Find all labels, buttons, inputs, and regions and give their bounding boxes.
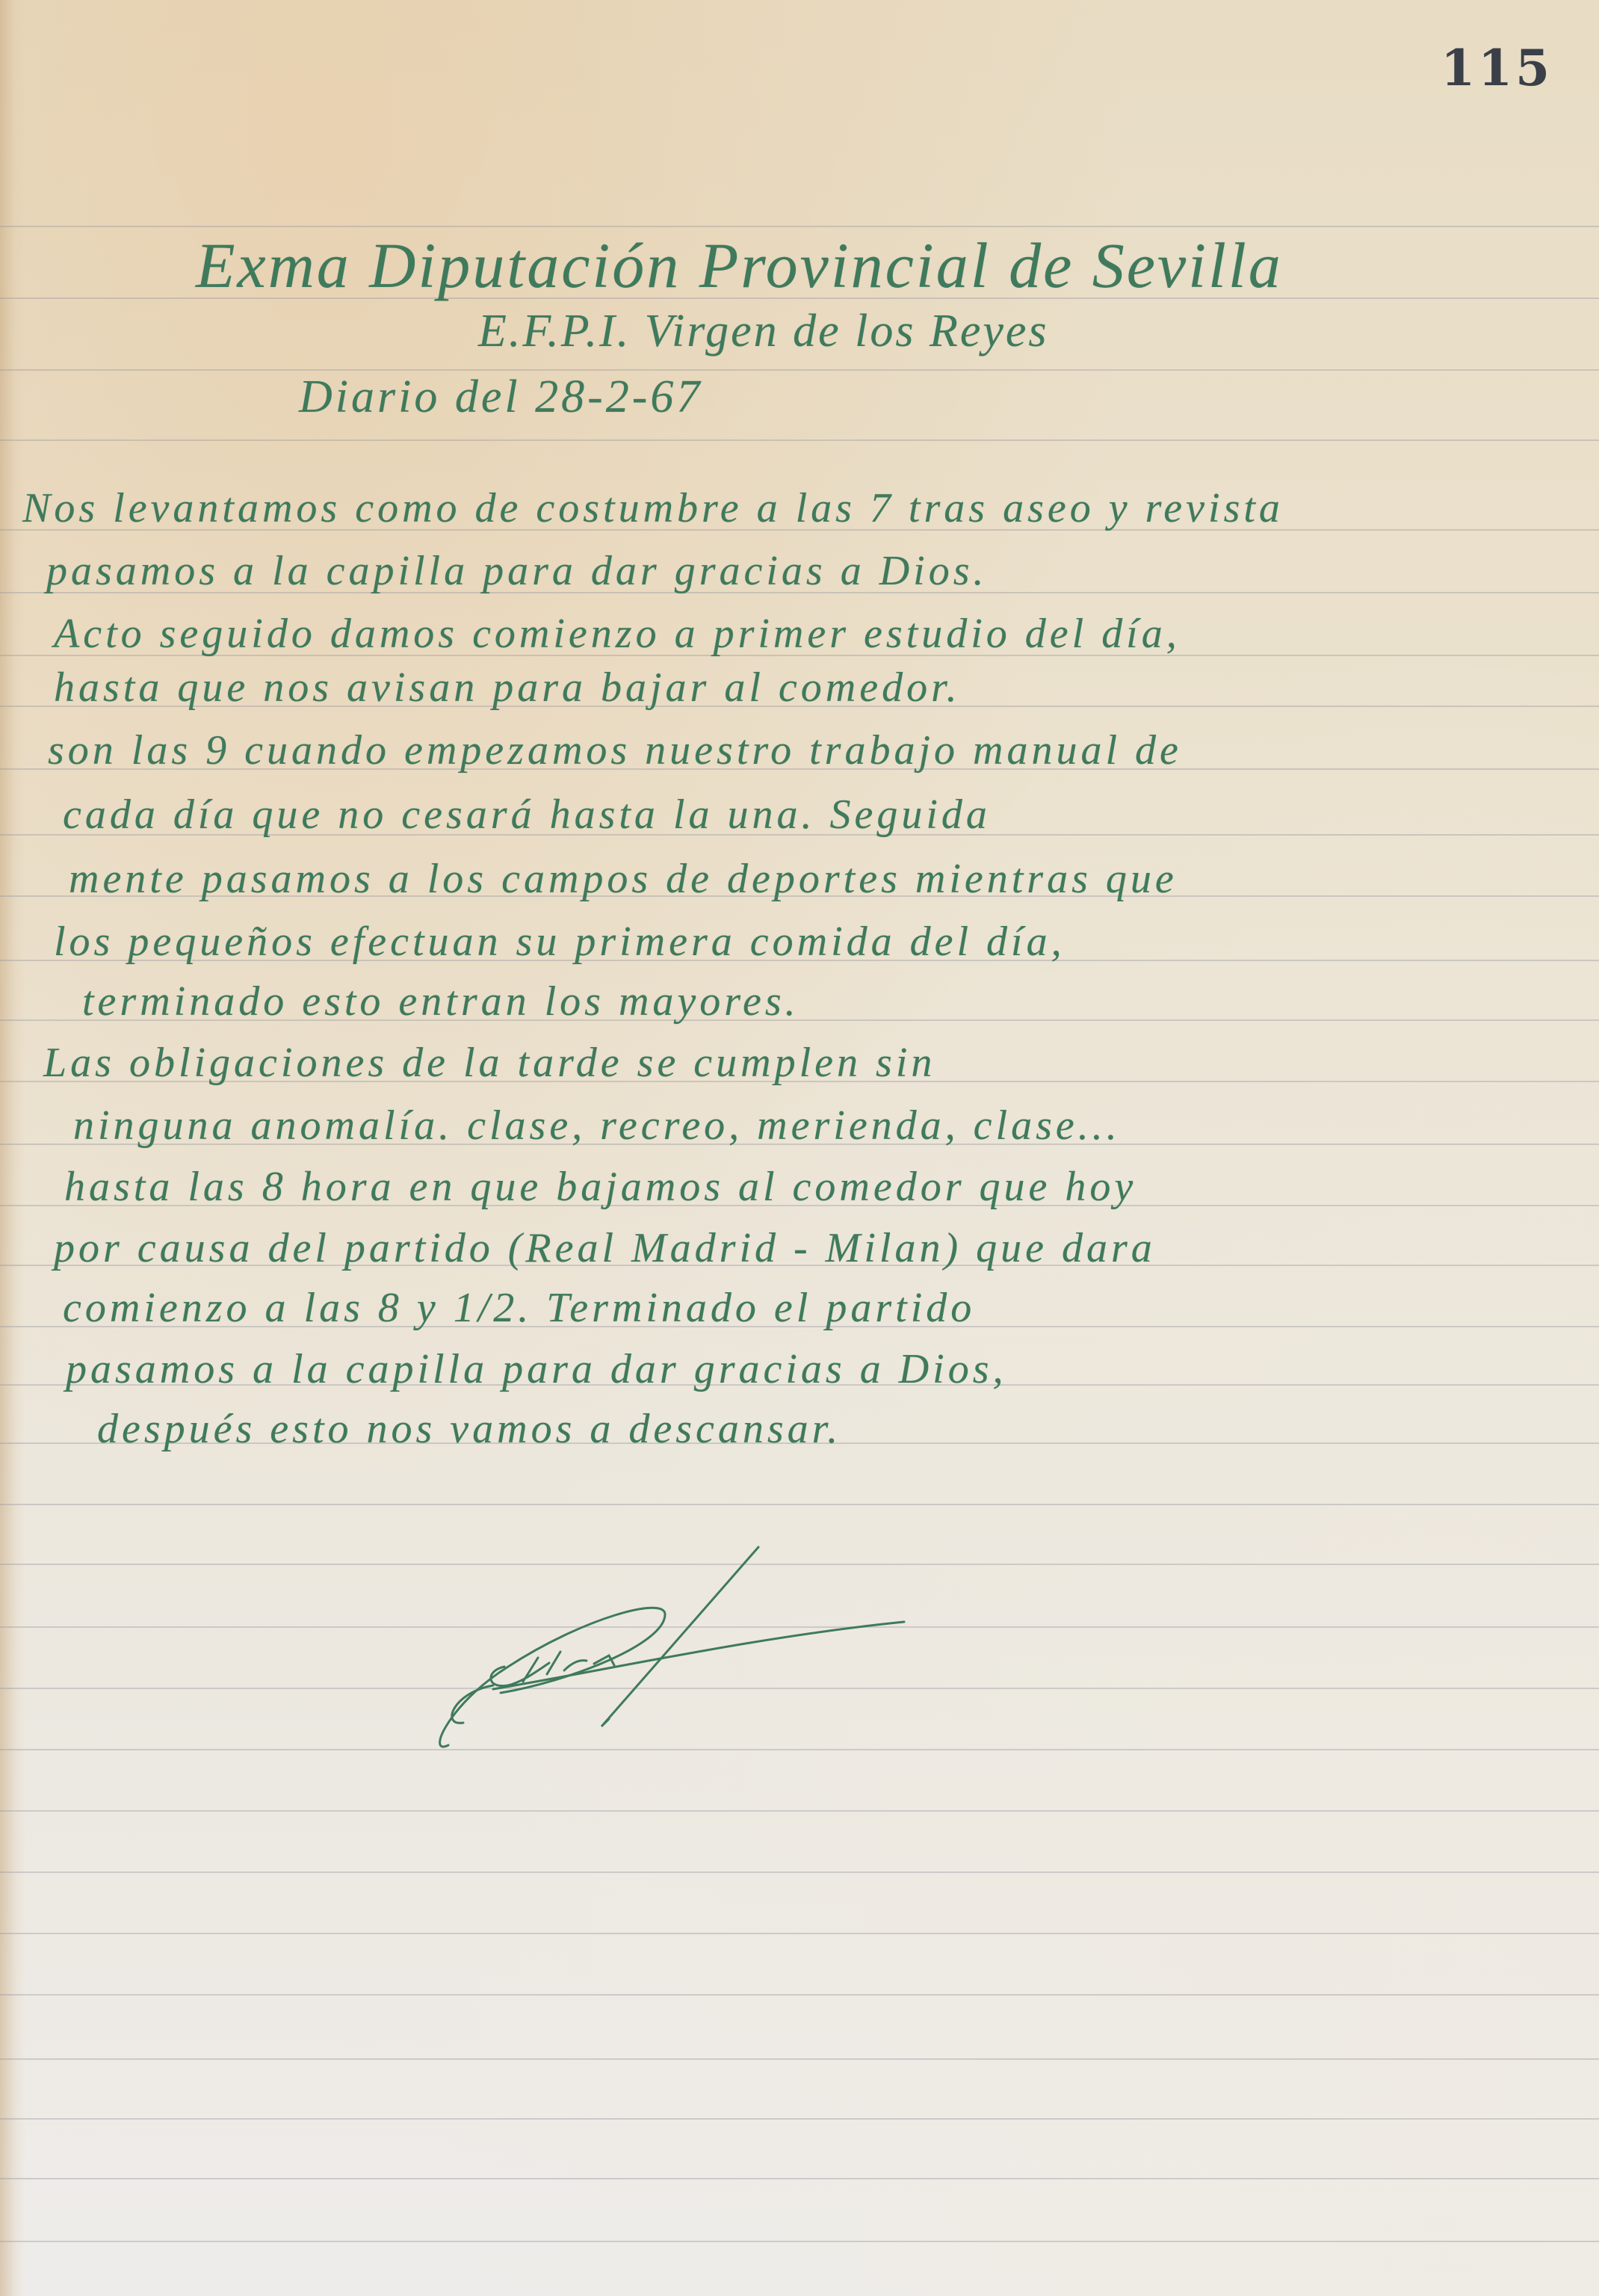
body-line: por causa del partido (Real Madrid - Mil…	[54, 1227, 1156, 1269]
body-line: comienzo a las 8 y 1/2. Terminado el par…	[63, 1287, 975, 1329]
ruled-line	[0, 369, 1599, 371]
signature	[418, 1532, 912, 1756]
page-number: 115	[1441, 39, 1553, 97]
ruled-line	[0, 2241, 1599, 2242]
body-line: hasta que nos avisan para bajar al comed…	[54, 667, 961, 709]
page-binding-edge	[0, 0, 25, 2296]
body-line: pasamos a la capilla para dar gracias a …	[46, 550, 988, 592]
ruled-line	[0, 2058, 1599, 2060]
notebook-page: 115 Exma Diputación Provincial de Sevill…	[0, 0, 1599, 2296]
body-line: después esto nos vamos a descansar.	[97, 1408, 841, 1450]
ruled-line	[0, 1810, 1599, 1812]
ruled-line	[0, 1994, 1599, 1996]
body-line: cada día que no cesará hasta la una. Seg…	[63, 794, 991, 836]
ruled-line	[0, 226, 1599, 227]
school-heading: E.F.P.I. Virgen de los Reyes	[478, 308, 1049, 354]
ruled-line	[0, 1933, 1599, 1934]
body-line: pasamos a la capilla para dar gracias a …	[66, 1348, 1007, 1390]
body-line: ninguna anomalía. clase, recreo, meriend…	[73, 1105, 1121, 1147]
ruled-line	[0, 439, 1599, 441]
body-line: terminado esto entran los mayores.	[82, 981, 799, 1022]
diary-date: Diario del 28-2-67	[299, 374, 702, 420]
body-line: hasta las 8 hora en que bajamos al comed…	[64, 1166, 1136, 1208]
ruled-line	[0, 1871, 1599, 1873]
institution-heading: Exma Diputación Provincial de Sevilla	[196, 233, 1283, 297]
body-line: Nos levantamos como de costumbre a las 7…	[22, 487, 1284, 529]
body-line: Las obligaciones de la tarde se cumplen …	[43, 1042, 935, 1084]
ruled-line	[0, 2178, 1599, 2179]
body-line: mente pasamos a los campos de deportes m…	[69, 858, 1178, 900]
body-line: son las 9 cuando empezamos nuestro traba…	[48, 729, 1182, 771]
body-line: Acto seguido damos comienzo a primer est…	[54, 613, 1181, 655]
body-line: los pequeños efectuan su primera comida …	[54, 921, 1066, 963]
ruled-line	[0, 2118, 1599, 2120]
ruled-line	[0, 1504, 1599, 1505]
